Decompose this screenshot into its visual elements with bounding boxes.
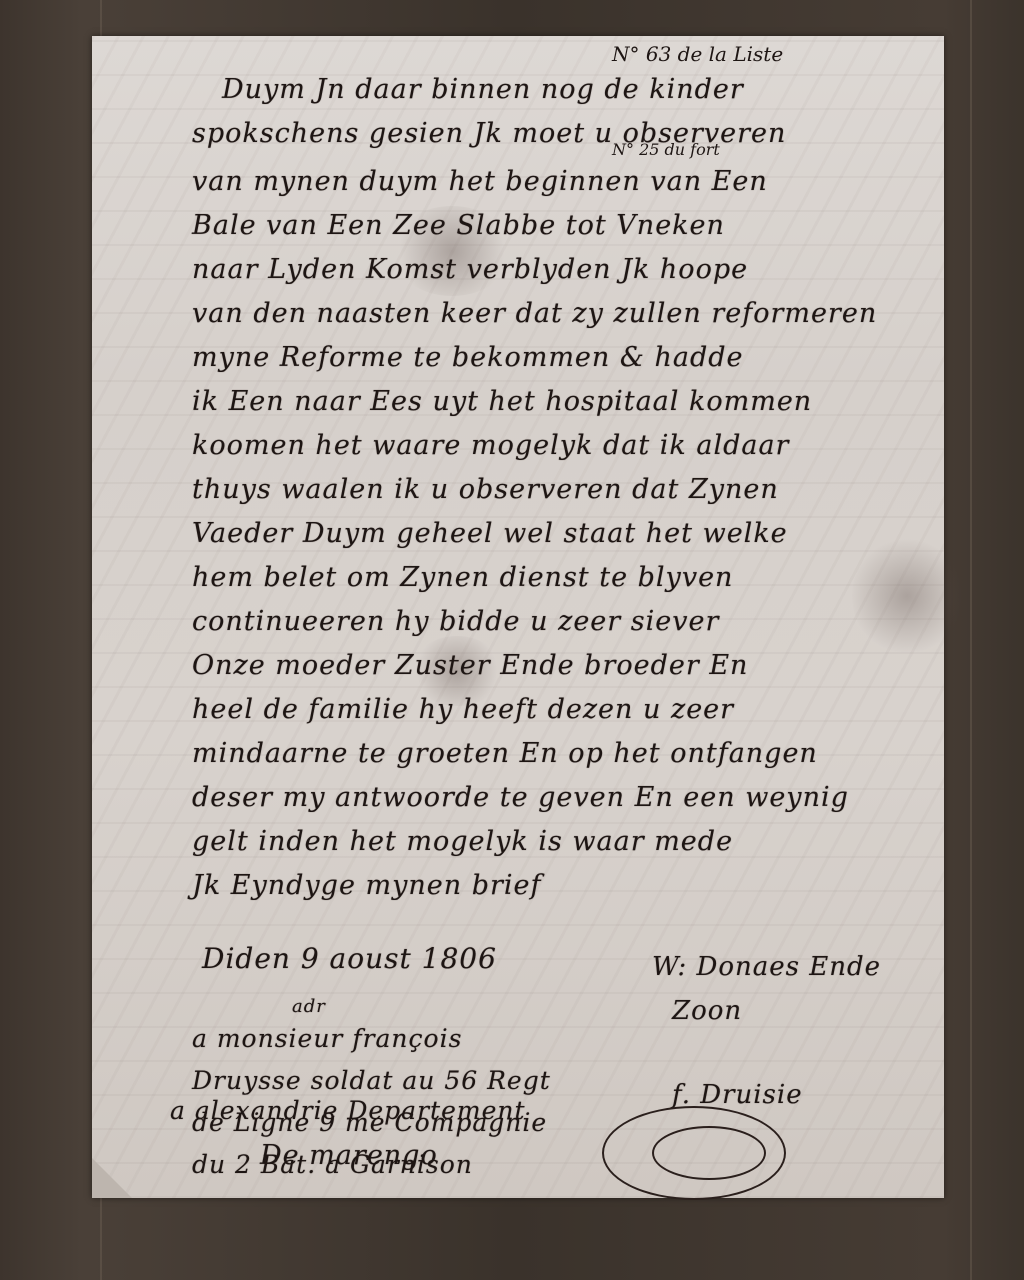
letter-line: Vaeder Duym geheel wel staat het welke — [192, 518, 788, 549]
address-line: De marengo — [260, 1140, 438, 1171]
letter-line: gelt inden het mogelyk is waar mede — [192, 826, 733, 857]
backboard-seam — [970, 0, 972, 1280]
letter-line: heel de familie hy heeft dezen u zeer — [192, 694, 734, 725]
letter-line: Jk Eyndyge mynen brief — [192, 870, 542, 901]
signature-line: Zoon — [672, 996, 742, 1026]
letter-page: N° 63 de la Liste N° 25 du fort Duym Jn … — [92, 36, 944, 1198]
letter-line: continueeren hy bidde u zeer siever — [192, 606, 719, 637]
letter-line: Duym Jn daar binnen nog de kinder — [222, 74, 744, 105]
letter-line: ik Een naar Ees uyt het hospitaal kommen — [192, 386, 812, 417]
address-line: a alexandrie Departement — [170, 1096, 526, 1125]
letter-line: thuys waalen ik u observeren dat Zynen — [192, 474, 779, 505]
wax-seal-stain — [852, 536, 962, 656]
signature-flourish — [652, 1126, 766, 1180]
letter-line: mindaarne te groeten En op het ontfangen — [192, 738, 818, 769]
letter-line: deser my antwoorde te geven En een weyni… — [192, 782, 849, 813]
letter-line: van den naasten keer dat zy zullen refor… — [192, 298, 877, 329]
list-number-annotation: N° 63 de la Liste — [612, 42, 783, 66]
address-line: Druysse soldat au 56 Regt — [192, 1066, 551, 1095]
letter-dateline: Diden 9 aoust 1806 — [202, 942, 497, 975]
letter-line: van mynen duym het beginnen van Een — [192, 166, 768, 197]
address-prefix: adr — [292, 996, 326, 1017]
letter-line: hem belet om Zynen dienst te blyven — [192, 562, 733, 593]
address-line: a monsieur françois — [192, 1024, 462, 1053]
letter-line: koomen het waare mogelyk dat ik aldaar — [192, 430, 789, 461]
letter-line: Bale van Een Zee Slabbe tot Vneken — [192, 210, 725, 241]
folded-corner — [92, 1158, 132, 1198]
letter-line: Onze moeder Zuster Ende broeder En — [192, 650, 748, 681]
letter-line: myne Reforme te bekommen & hadde — [192, 342, 744, 373]
letter-line: spokschens gesien Jk moet u observeren — [192, 118, 786, 149]
letter-line: naar Lyden Komst verblyden Jk hoope — [192, 254, 748, 285]
signature-line: W: Donaes Ende — [652, 952, 881, 982]
